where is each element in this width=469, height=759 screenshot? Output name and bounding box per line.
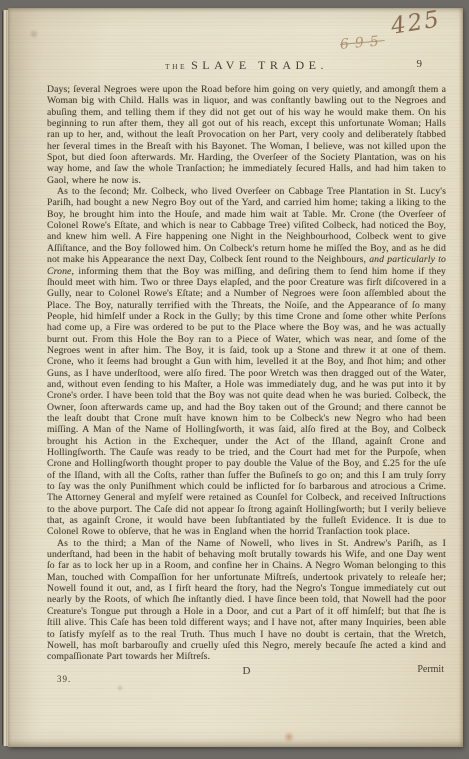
photo-background: 425 695 THE SLAVE TRADE. 9 Days; ſeveral… <box>0 0 469 759</box>
body-paragraph: As to the ſecond; Mr. Colbeck, who lived… <box>47 186 446 538</box>
text-segment: As to the third; a Man of the Name of No… <box>47 538 446 662</box>
page-footer: D Permit 39. <box>47 665 446 689</box>
title-main: SLAVE TRADE. <box>191 58 328 72</box>
running-header: THE SLAVE TRADE. 9 <box>47 56 446 71</box>
page-title: THE SLAVE TRADE. <box>165 56 328 73</box>
text-segment: Days; ſeveral Negroes were upon the Road… <box>47 84 446 186</box>
page-number: 9 <box>417 58 423 70</box>
body-paragraph: Days; ſeveral Negroes were upon the Road… <box>47 84 446 186</box>
book-page: 425 695 THE SLAVE TRADE. 9 Days; ſeveral… <box>8 8 463 747</box>
body-text: Days; ſeveral Negroes were upon the Road… <box>47 84 446 663</box>
signature-mark: D <box>47 665 446 677</box>
catchword: Permit <box>417 664 444 675</box>
text-segment: , informing them that the Boy was miſſin… <box>47 266 446 538</box>
body-paragraph: As to the third; a Man of the Name of No… <box>47 538 446 663</box>
page-content: THE SLAVE TRADE. 9 Days; ſeveral Negroes… <box>8 8 463 747</box>
title-article: THE <box>165 62 187 71</box>
gathering-number: 39. <box>57 674 71 684</box>
